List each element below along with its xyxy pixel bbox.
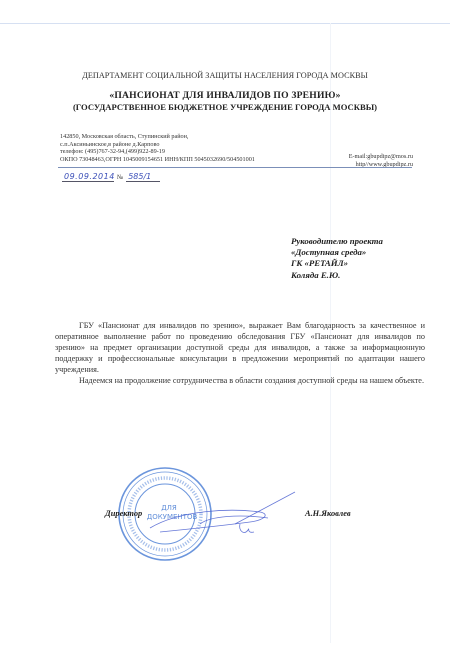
signature-row: Директор А.Н.Яковлев xyxy=(0,505,450,525)
phone-line: телефон: (495)767-32-94,(499)922-89-19 xyxy=(60,148,255,156)
addressee-name: Коляда Е.Ю. xyxy=(291,270,383,281)
department-name: ДЕПАРТАМЕНТ СОЦИАЛЬНОЙ ЗАЩИТЫ НАСЕЛЕНИЯ … xyxy=(0,71,450,80)
number-label: № xyxy=(117,174,123,181)
scan-artifact-line xyxy=(0,23,450,24)
letter-body: ГБУ «Пансионат для инвалидов по зрению»,… xyxy=(55,320,425,387)
organization-type: (ГОСУДАРСТВЕННОЕ БЮДЖЕТНОЕ УЧРЕЖДЕНИЕ ГО… xyxy=(0,102,450,112)
body-paragraph: ГБУ «Пансионат для инвалидов по зрению»,… xyxy=(55,320,425,375)
header-divider xyxy=(58,167,412,168)
signatory-name: А.Н.Яковлев xyxy=(305,509,351,518)
registry-codes-line: ОКПО 73048463,ОГРН 1045009154651 ИНН/КПП… xyxy=(60,156,255,164)
addressee-block: Руководителю проекта «Доступная среда» Г… xyxy=(291,236,383,281)
letter-page: ДЕПАРТАМЕНТ СОЦИАЛЬНОЙ ЗАЩИТЫ НАСЕЛЕНИЯ … xyxy=(0,0,450,650)
address-line: 142850, Московская область, Ступинский р… xyxy=(60,133,255,141)
addressee-company: ГК «РЕТАЙЛ» xyxy=(291,258,383,269)
addressee-project: «Доступная среда» xyxy=(291,247,383,258)
organization-name: «ПАНСИОНАТ ДЛЯ ИНВАЛИДОВ ПО ЗРЕНИЮ» xyxy=(0,90,450,101)
contacts-block: E-mail:gbupdipz@mos.ru http//www.gbupdip… xyxy=(349,153,413,168)
body-paragraph: Надеемся на продолжение сотрудничества в… xyxy=(55,375,425,386)
address-line: с.п.Аксиньинское,в районе д.Карпово xyxy=(60,141,255,149)
email: E-mail:gbupdipz@mos.ru xyxy=(349,153,413,161)
signatory-title: Директор xyxy=(105,509,142,518)
outgoing-reference: 09.09.2014№585/1 xyxy=(62,172,160,182)
handwritten-date: 09.09.2014 xyxy=(62,172,114,182)
handwritten-number: 585/1 xyxy=(126,172,160,182)
addressee-position: Руководителю проекта xyxy=(291,236,383,247)
address-block: 142850, Московская область, Ступинский р… xyxy=(60,133,255,163)
